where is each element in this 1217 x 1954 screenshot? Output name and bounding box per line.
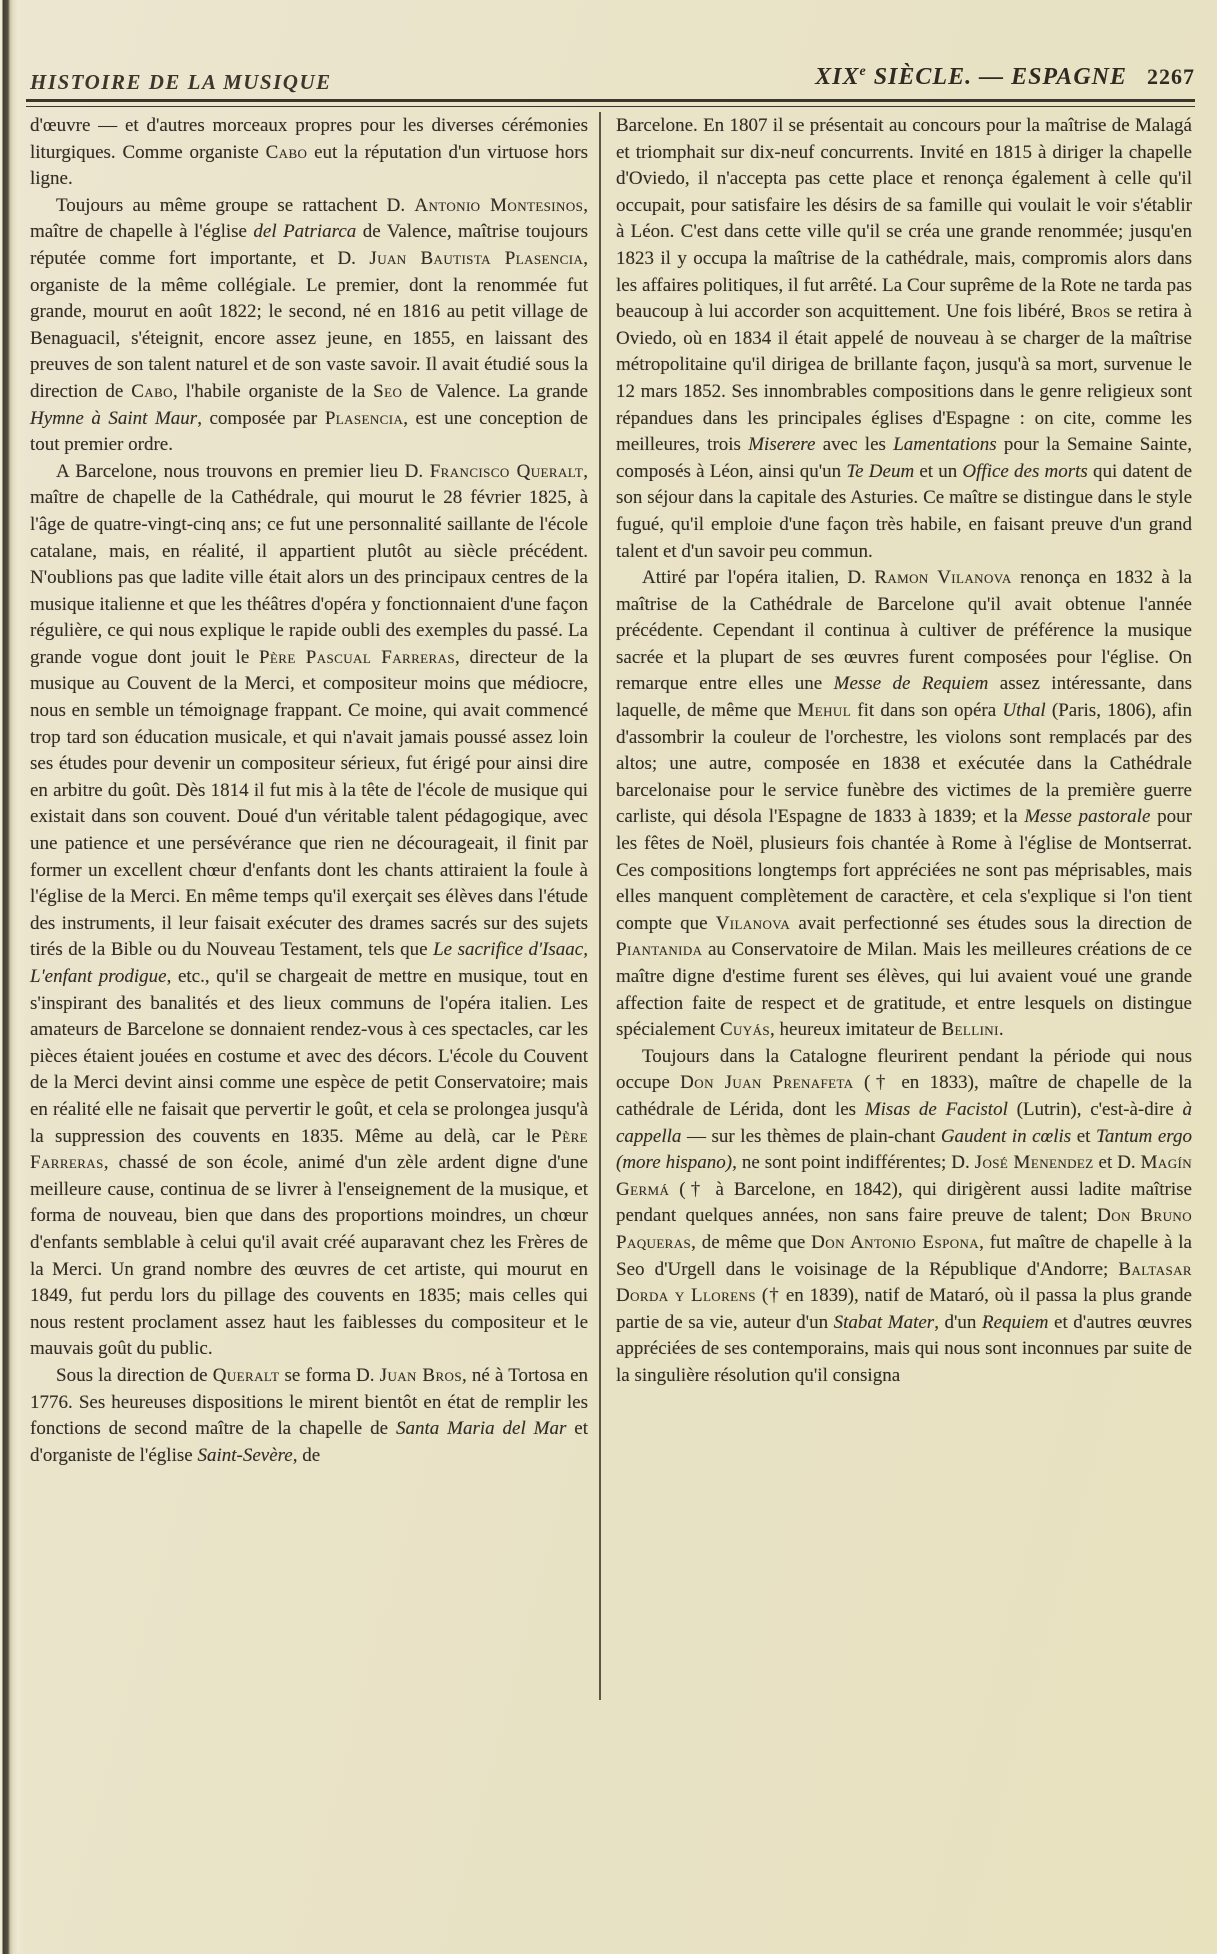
text-run: Lamentations [893, 434, 996, 455]
text-run: se forma D. [279, 1365, 379, 1386]
text-run: , directeur de la musique au Couvent de … [30, 647, 588, 961]
text-run: , de même que [691, 1232, 811, 1253]
text-run: Cuyás [720, 1019, 770, 1040]
text-run: Toujours au même groupe se rattachent D. [56, 195, 414, 216]
left-column: d'œuvre — et d'autres morceaux propres p… [30, 113, 588, 1469]
paragraph: Attiré par l'opéra italien, D. Ramon Vil… [616, 565, 1192, 1044]
text-run: Requiem [982, 1312, 1048, 1333]
text-run: , ne sont point indifférentes; D. [732, 1152, 975, 1173]
text-run: Queralt [213, 1365, 280, 1386]
column-divider [599, 112, 601, 1700]
text-run: Ramon Vilanova [874, 567, 1011, 588]
book-page: HISTOIRE DE LA MUSIQUE XIXe SIÈCLE. — ES… [0, 0, 1217, 1954]
text-run: , de [293, 1445, 320, 1466]
text-run: Gaudent in cœlis [941, 1126, 1071, 1147]
running-head-right-title: XIXe SIÈCLE. — ESPAGNE [815, 64, 1127, 91]
text-run: Cabo [266, 142, 308, 163]
text-run: , d'un [934, 1312, 982, 1333]
text-run: Bellini [941, 1019, 998, 1040]
text-run: Seo [373, 381, 402, 402]
text-run: (Lutrin), c'est-à-dire [1008, 1099, 1183, 1120]
text-run: Te Deum [846, 461, 914, 482]
text-run: Messe de Requiem [834, 673, 989, 694]
running-head-right: XIXe SIÈCLE. — ESPAGNE 2267 [815, 64, 1195, 91]
text-run: Hymne à Saint Maur [30, 408, 197, 429]
paragraph: d'œuvre — et d'autres morceaux propres p… [30, 113, 588, 193]
text-run: et un [914, 461, 962, 482]
text-run: , l'habile organiste de la [173, 381, 373, 402]
binding-edge [0, 0, 26, 1954]
page-number: 2267 [1147, 64, 1195, 90]
text-run: Don Antonio Espona [811, 1232, 979, 1253]
text-run: et [1071, 1126, 1096, 1147]
right-column: Barcelone. En 1807 il se présentait au c… [616, 113, 1192, 1390]
text-run: Attiré par l'opéra italien, D. [642, 567, 874, 588]
paragraph: Toujours au même groupe se rattachent D.… [30, 193, 588, 459]
text-run: Juan Bautista Plasencia [369, 248, 583, 269]
text-run: , heureux imitateur de [770, 1019, 941, 1040]
text-run: Miserere [748, 434, 815, 455]
text-run: del Patriarca [253, 221, 356, 242]
text-run: de Valence. La grande [402, 381, 588, 402]
paragraph: Barcelone. En 1807 il se présentait au c… [616, 113, 1192, 565]
text-run: Messe pastorale [1024, 806, 1150, 827]
text-run: Don Juan Prenafeta [680, 1072, 853, 1093]
text-run: , maître de chapelle de la Cathédrale, q… [30, 461, 588, 668]
text-run: Misas de Facistol [865, 1099, 1008, 1120]
text-run: avec les [815, 434, 893, 455]
text-run: Barcelone. En 1807 il se présentait au c… [616, 115, 1192, 322]
text-run: — sur les thèmes de plain-chant [681, 1126, 940, 1147]
paragraph: Toujours dans la Catalogne fleurirent pe… [616, 1044, 1192, 1390]
text-run: , composée par [197, 408, 325, 429]
text-run: José Menendez [975, 1152, 1094, 1173]
running-head-left: HISTOIRE DE LA MUSIQUE [30, 70, 332, 95]
text-run: Office des morts [962, 461, 1087, 482]
text-run: , chassé de son école, animé d'un zèle a… [30, 1152, 588, 1359]
text-run: Bros [1071, 301, 1111, 322]
text-run: Antonio Montesinos [414, 195, 583, 216]
text-run: Uthal [1002, 700, 1045, 721]
century-superscript: e [860, 64, 867, 79]
header-rule [26, 99, 1195, 107]
paragraph: A Barcelone, nous trouvons en premier li… [30, 459, 588, 1363]
text-run: Piantanida [616, 939, 702, 960]
text-run: , organiste de la même collégiale. Le pr… [30, 248, 588, 402]
text-run: Cabo [131, 381, 173, 402]
text-run: Mehul [798, 700, 852, 721]
text-run: , etc., qu'il se chargeait de mettre en … [30, 966, 588, 1147]
text-run: Plasencia [325, 408, 403, 429]
text-run: . [999, 1019, 1004, 1040]
text-run: et D. [1094, 1152, 1141, 1173]
text-run: se retira à Oviedo, où en 1834 il était … [616, 301, 1192, 455]
text-run: Santa Maria del Mar [396, 1418, 566, 1439]
paragraph: Sous la direction de Queralt se forma D.… [30, 1363, 588, 1469]
text-run: Vilanova [716, 913, 790, 934]
text-run: Stabat Mater [834, 1312, 935, 1333]
text-run: Père Pascual Farreras [259, 647, 455, 668]
text-run: Saint-Sevère [197, 1445, 292, 1466]
text-run: avait perfectionné ses études sous la di… [790, 913, 1192, 934]
text-run: A Barcelone, nous trouvons en premier li… [56, 461, 430, 482]
text-run: Sous la direction de [56, 1365, 213, 1386]
text-run: Juan Bros [380, 1365, 462, 1386]
text-run: fit dans son opéra [851, 700, 1002, 721]
text-run: Francisco Queralt [430, 461, 584, 482]
